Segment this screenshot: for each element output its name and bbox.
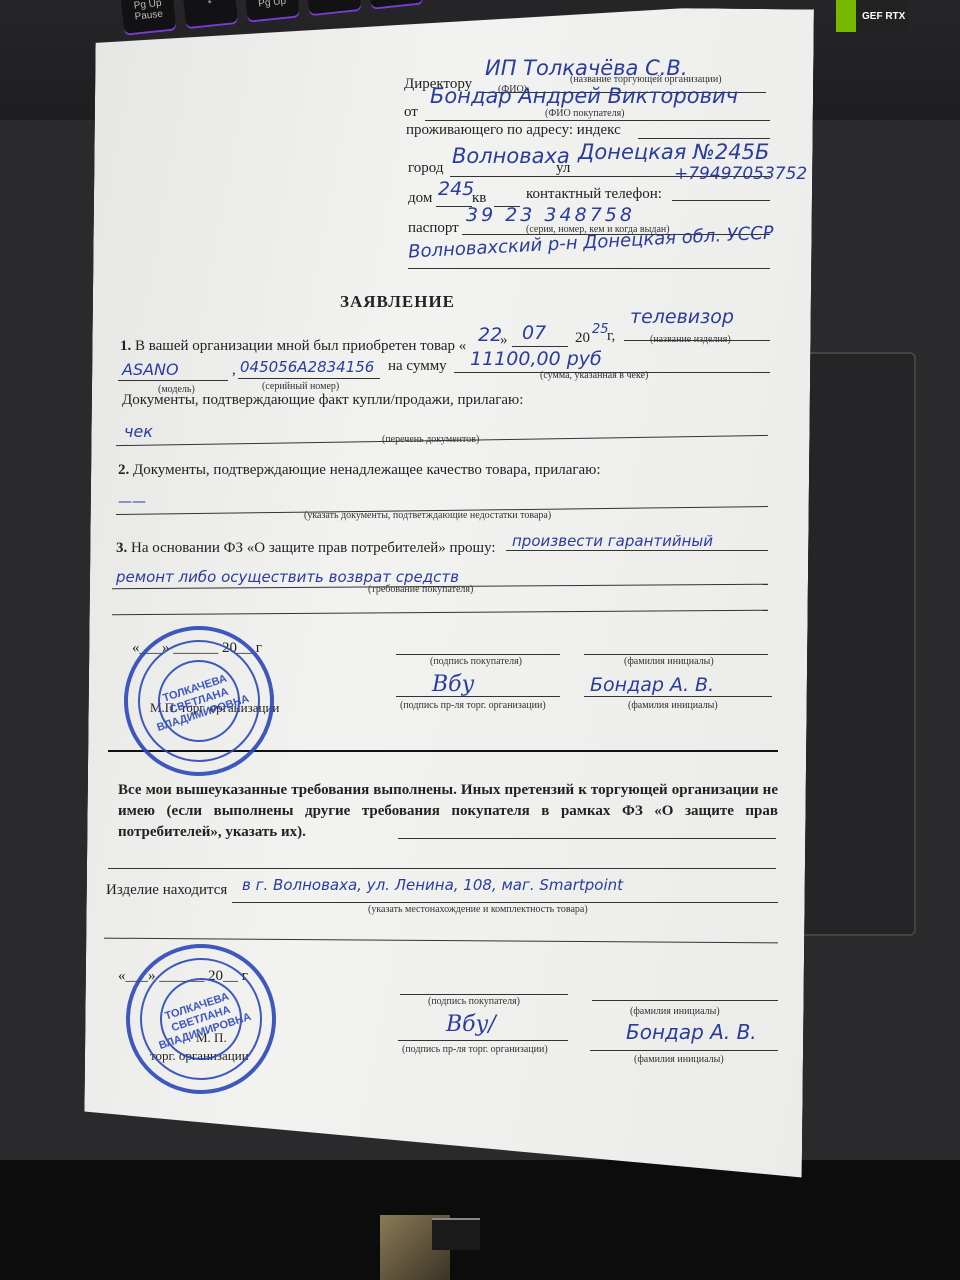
closing-paragraph: Все мои вышеуказанные требования выполне… (118, 780, 778, 843)
address-label: проживающего по адресу: индекс (406, 122, 621, 139)
docs-hint: (перечень документов) (382, 434, 479, 445)
location-hint: (указать местонахождение и комплектность… (368, 904, 588, 915)
house-label: дом (408, 190, 432, 207)
phone-label: контактный телефон: (526, 186, 662, 203)
docs-text: Документы, подтверждающие факт купли/про… (122, 392, 523, 409)
city-label: город (408, 160, 443, 177)
from-value: Бондар Андрей Викторович (430, 84, 738, 108)
section3-number: 3. (116, 540, 127, 556)
city-value: Волноваха (452, 144, 570, 168)
org-signature-1: Вбу (432, 672, 474, 697)
location-label: Изделие находится (106, 882, 227, 899)
org-sig-hint-1: (подпись пр-ля торг. организации) (400, 700, 546, 711)
sum-hint: (сумма, указанная в чеке) (540, 370, 648, 381)
house-value: 245 (438, 178, 474, 200)
org-name-1: Бондар А. В. (590, 674, 714, 696)
passport-value: 39 23 348758 (466, 204, 635, 226)
serial-value: 045056A2834156 (240, 358, 374, 376)
model-value: ASANO (122, 360, 179, 379)
section3-text: На основании ФЗ «О защите прав потребите… (131, 540, 496, 556)
claim-form: Директору ИП Толкачёва С.В. (ФИО) (назва… (0, 0, 960, 1280)
street-label: ул (556, 160, 570, 177)
passport-label: паспорт (408, 220, 459, 237)
org-name-hint-1: (фамилия инициалы) (628, 700, 718, 711)
hint-buyer-fio: (ФИО покупателя) (545, 108, 625, 119)
section1-number: 1. (120, 338, 131, 354)
year-label: г, (607, 328, 615, 345)
section2-number: 2. (118, 462, 129, 478)
section3-value-line1: произвести гарантийный (512, 532, 713, 550)
serial-hint: (серийный номер) (262, 381, 339, 392)
document-title: ЗАЯВЛЕНИЕ (340, 292, 455, 312)
phone-value: +79497053752 (674, 164, 807, 184)
org-name-2: Бондар А. В. (626, 1020, 757, 1044)
company-stamp-2: ТОЛКАЧЕВА СВЕТЛАНА ВЛАДИМИРОВНА (116, 934, 285, 1103)
buyer-sig-hint-1: (подпись покупателя) (430, 656, 522, 667)
section2-value: —— (118, 494, 146, 510)
buyer-name-hint-2: (фамилия инициалы) (630, 1006, 720, 1017)
section2-text: Документы, подтверждающие ненадлежащее к… (133, 462, 601, 478)
year-prefix: 20 (575, 330, 590, 347)
purchase-month: 07 (522, 322, 546, 344)
section2-hint: (указать документы, подтветждающие недос… (304, 510, 551, 521)
buyer-sig-hint-2: (подпись покупателя) (428, 996, 520, 1007)
sum-label: на сумму (388, 358, 447, 375)
org-name-hint-2: (фамилия инициалы) (634, 1054, 724, 1065)
item-name: телевизор (630, 306, 734, 328)
from-label: от (404, 104, 418, 121)
section3-hint: (требование покупателя) (368, 584, 473, 595)
org-signature-2: Вбу/ (446, 1012, 496, 1037)
purchase-day: 22 (478, 324, 502, 346)
buyer-name-hint-1: (фамилия инициалы) (624, 656, 714, 667)
item-hint: (название изделия) (650, 334, 731, 345)
sum-value: 11100,00 руб (470, 348, 602, 370)
location-value: в г. Волноваха, ул. Ленина, 108, маг. Sm… (242, 876, 623, 894)
docs-value: чек (124, 422, 153, 441)
section1-text: В вашей организации мной был приобретен … (135, 338, 466, 354)
street-value: Донецкая №245Б (578, 140, 769, 164)
org-sig-hint-2: (подпись пр-ля торг. организации) (402, 1044, 548, 1055)
